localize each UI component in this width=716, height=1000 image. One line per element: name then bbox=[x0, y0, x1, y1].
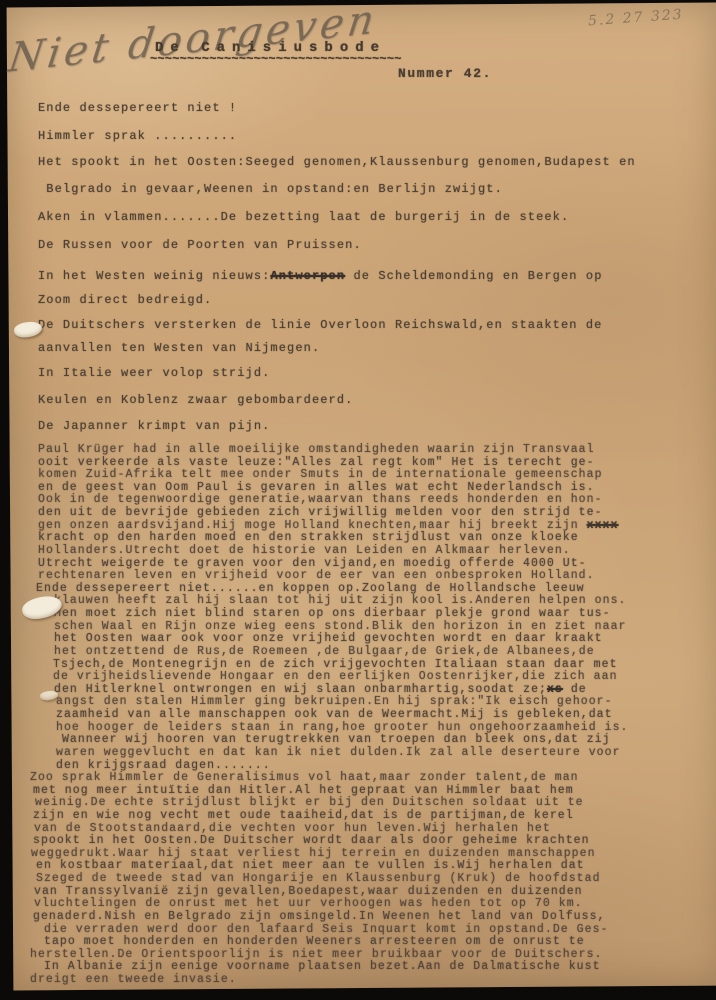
headlines-line: Himmler sprak .......... bbox=[38, 129, 237, 143]
article-line: waren weggevlucht en dat kan ik niet dul… bbox=[56, 747, 621, 760]
headlines-line: Zoom direct bedreigd. bbox=[38, 293, 212, 307]
photo-background: Niet doorgeven 5.2 27 323 De Canisiusbod… bbox=[0, 0, 716, 1000]
headlines-line: aanvallen ten Westen van Nijmegen. bbox=[38, 341, 320, 355]
article-line: zijn en wie nog vecht met oude taaiheid,… bbox=[33, 810, 574, 823]
headlines-line: Ende dessepereert niet ! bbox=[38, 101, 237, 115]
struck-text: Antwerpen bbox=[270, 269, 345, 283]
article-line: rechtenaren leven en vrijheid voor de ee… bbox=[38, 570, 595, 583]
headlines-line: Belgrado in gevaar,Weenen in opstand:en … bbox=[38, 182, 503, 196]
struck-text: xs bbox=[547, 683, 563, 696]
paper-tear-small bbox=[13, 320, 43, 340]
article-line: zaamheid van alle manschappen ook van de… bbox=[56, 709, 613, 722]
article-line: Wanneer wij hooren van terugtrekken van … bbox=[54, 734, 611, 747]
article-line: spookt in het Oosten.De Duitscher wordt … bbox=[33, 835, 590, 848]
headlines-line: Keulen en Koblenz zwaar gebombardeerd. bbox=[38, 393, 353, 407]
article-line: den uit de bevrijde gebieden zich vrijwi… bbox=[38, 507, 603, 520]
headlines-line: In het Westen weinig nieuws:Antwerpen de… bbox=[38, 269, 603, 283]
struck-text: xxxx bbox=[587, 519, 619, 532]
article-line: Paul Krüger had in alle moeilijke omstan… bbox=[38, 444, 595, 457]
article-line: het Oosten waar ook voor onze vrijheid g… bbox=[54, 633, 603, 646]
article-line: Szeged de tweede stad van Hongarije en K… bbox=[36, 873, 601, 886]
article-line: tapo moet honderden en honderden Weeners… bbox=[44, 936, 585, 949]
article-line: de vrijheidslievende Hongaar en den eerl… bbox=[53, 671, 618, 684]
article-line: komen Zuid-Afrika telt mee onder Smuts i… bbox=[38, 469, 603, 482]
article-line: Hollanders.Utrecht doet de historie van … bbox=[38, 545, 571, 558]
title-underline: ~~~~~~~~~~~~~~~~~~~~~~~~~~~~~~~~~~ bbox=[150, 52, 402, 66]
headlines-line: De Japanner krimpt van pijn. bbox=[38, 419, 270, 433]
article-line: Men moet zich niet blind staren op ons d… bbox=[54, 608, 611, 621]
issue-number: Nummer 42. bbox=[398, 66, 492, 81]
headlines-line: De Russen voor de Poorten van Pruissen. bbox=[38, 238, 362, 252]
article-line: Zoo sprak Himmler de Generalisimus vol h… bbox=[30, 772, 579, 785]
headlines-line: Het spookt in het Oosten:Seeged genomen,… bbox=[38, 155, 636, 169]
article-line: het ontzettend de Rus,de Roemeen ,de Bul… bbox=[54, 646, 595, 659]
headlines-line: In Italie weer volop strijd. bbox=[38, 366, 270, 380]
document-content: Niet doorgeven 5.2 27 323 De Canisiusbod… bbox=[0, 0, 716, 1000]
article-line: genaderd.Nish en Belgrado zijn omsingeld… bbox=[33, 911, 605, 924]
headlines-line: Aken in vlammen.......De bezetting laat … bbox=[38, 210, 569, 224]
article-line: dreigt een tweede invasie. bbox=[30, 974, 237, 987]
headlines-line: De Duitschers versterken de linie Overlo… bbox=[38, 318, 602, 332]
handwritten-number: 5.2 27 323 bbox=[588, 7, 685, 30]
